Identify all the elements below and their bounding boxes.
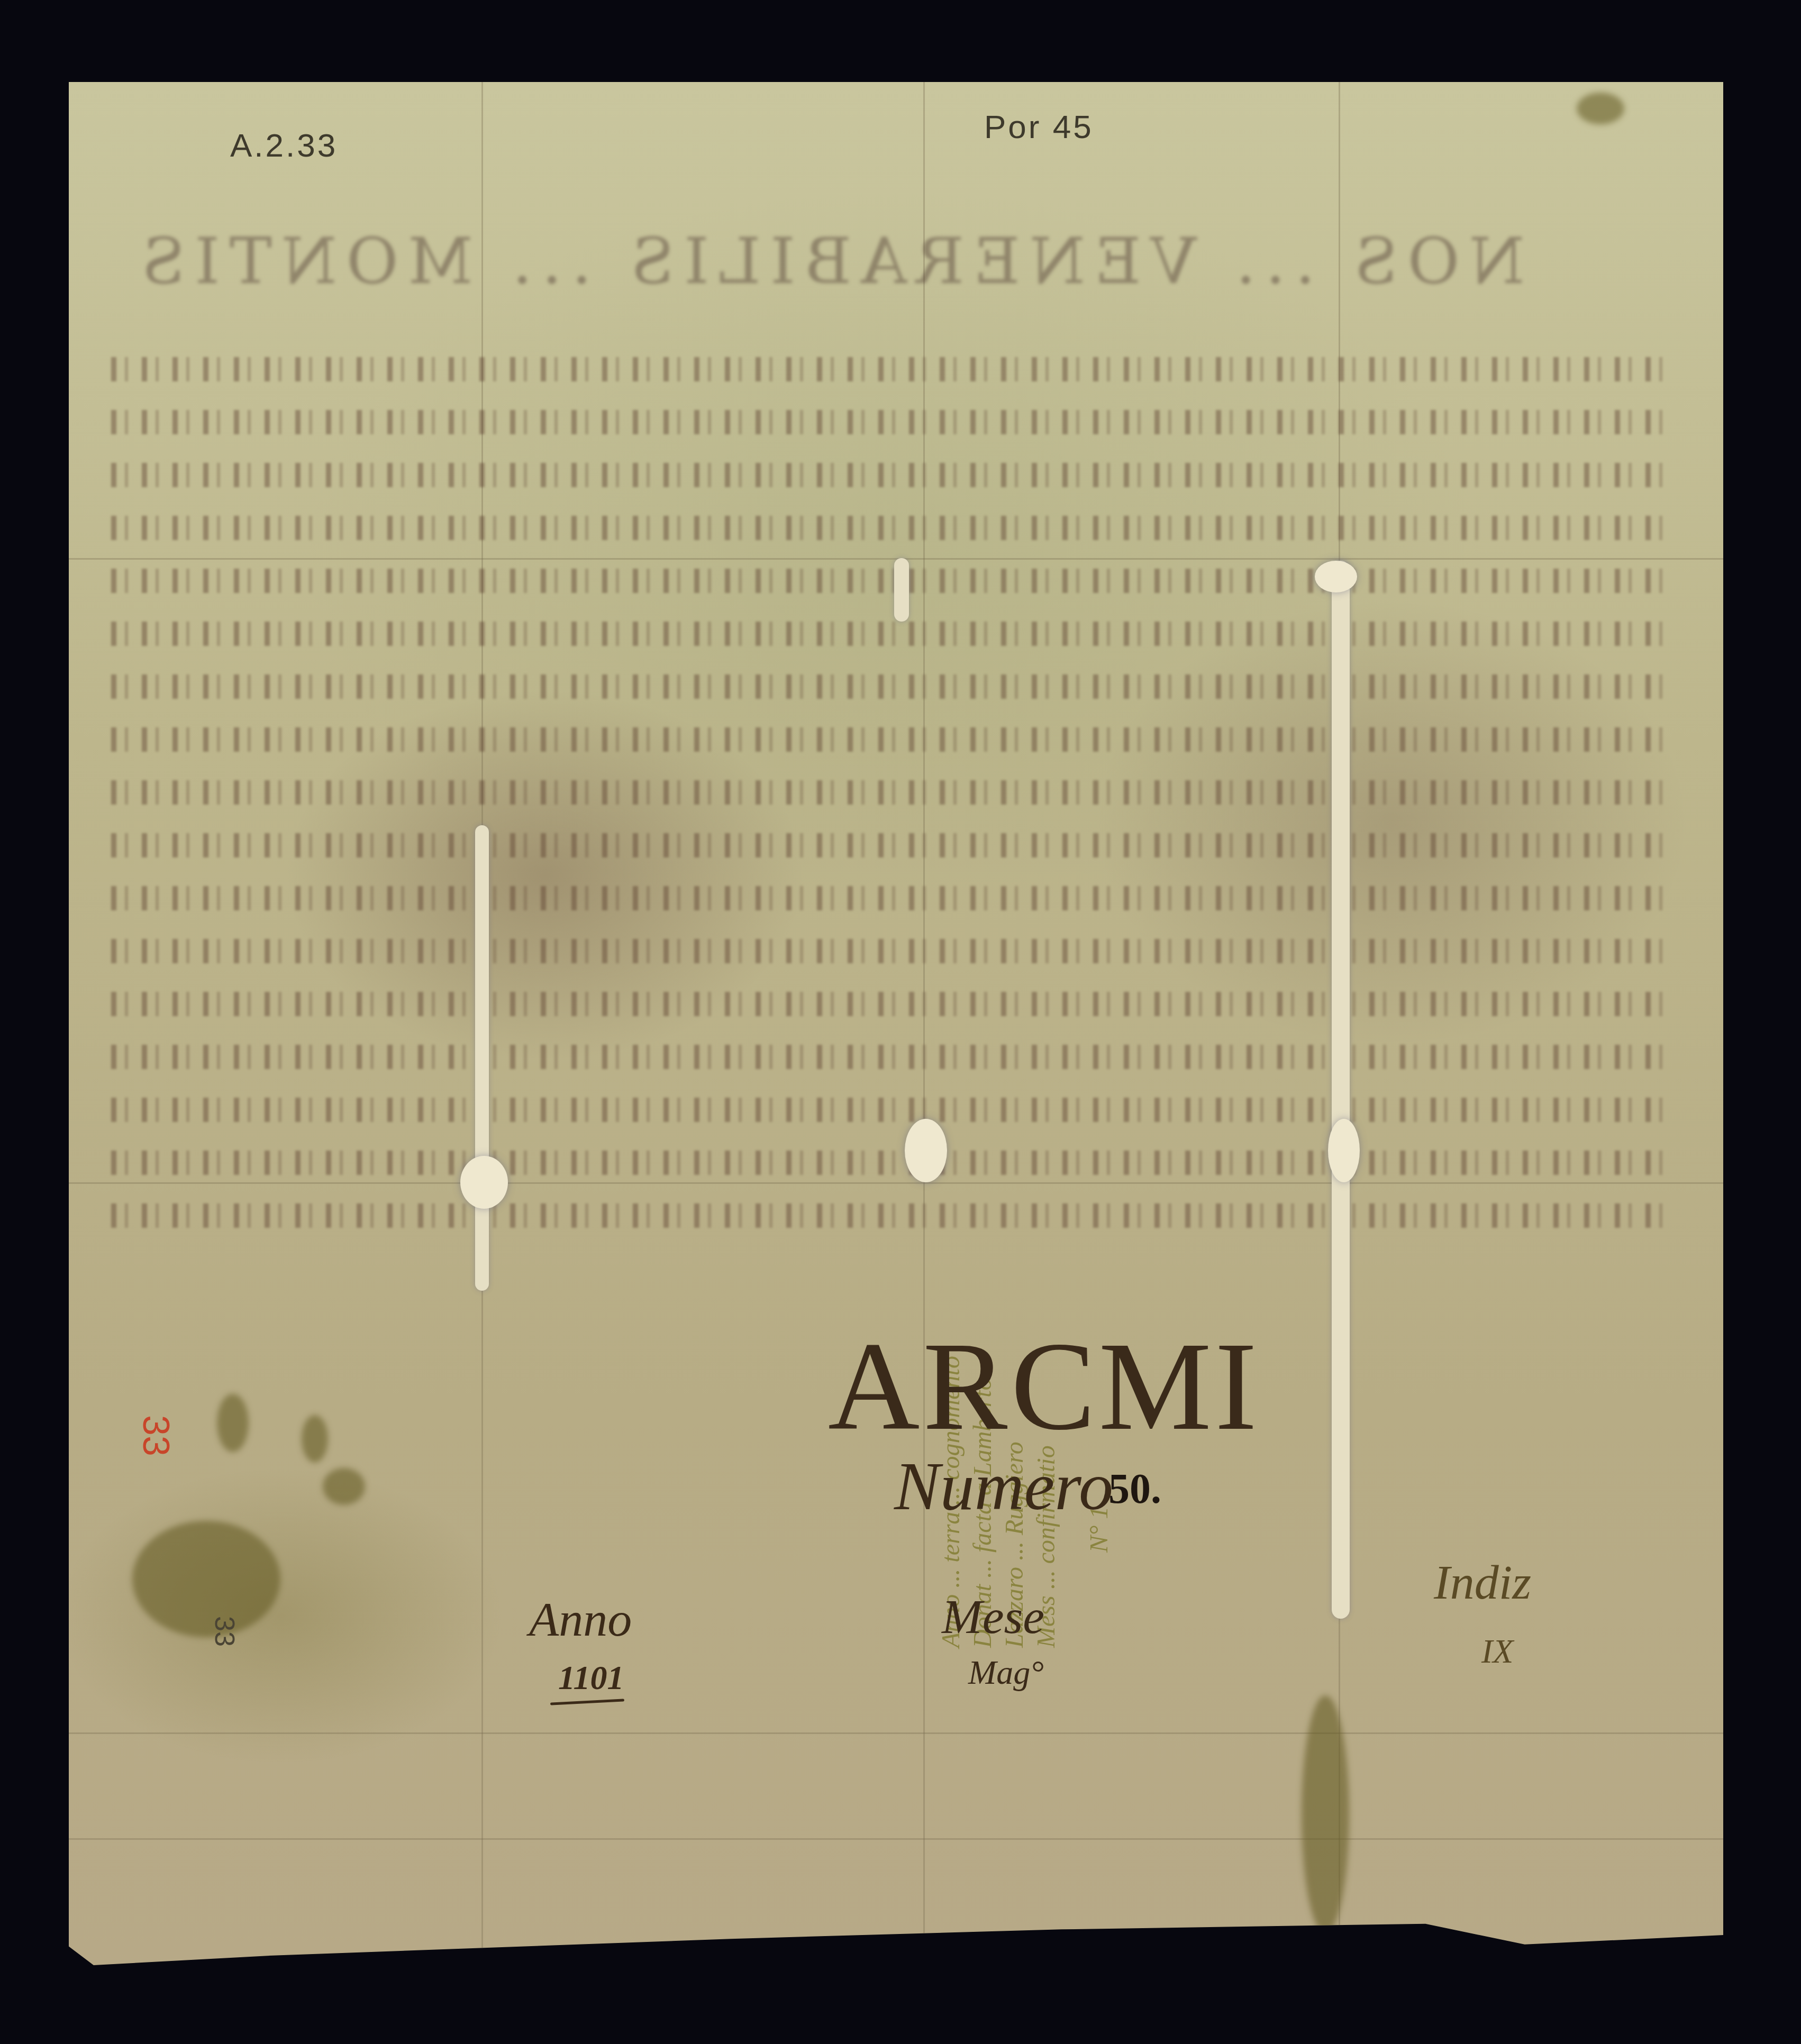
indiz-value: IX	[1481, 1635, 1513, 1668]
repair-strip-left	[475, 825, 489, 1291]
stain	[1302, 1695, 1349, 1933]
bleed-through-line	[111, 1045, 1672, 1069]
anno-value: 1101	[558, 1661, 624, 1695]
pencil-number-annotation: 33	[211, 1616, 238, 1647]
shelfmark-top-center: Por 45	[984, 111, 1094, 144]
mese-label: Mese	[942, 1592, 1044, 1641]
bleed-through-line	[111, 357, 1672, 381]
repair-patch	[460, 1156, 508, 1209]
shelfmark-top-left: A.2.33	[230, 130, 338, 162]
stain	[302, 1415, 328, 1463]
parchment-sheet: NOS ... VENERABILIS ... MONTIS	[69, 82, 1723, 1965]
repair-patch	[1328, 1119, 1360, 1182]
bleed-through-line	[111, 1203, 1672, 1228]
archive-title: ARCMI	[828, 1322, 1260, 1449]
fold-line	[69, 558, 1723, 560]
repair-strip-center	[894, 558, 909, 622]
stain	[217, 1394, 249, 1452]
bleed-through-line	[111, 939, 1672, 963]
anno-label: Anno	[529, 1595, 632, 1644]
bleed-through-heading: NOS ... VENERABILIS ... MONTIS	[132, 225, 1525, 298]
document-photo: NOS ... VENERABILIS ... MONTIS	[0, 0, 1801, 2044]
bleed-through-line	[111, 516, 1672, 540]
bleed-through-line	[111, 833, 1672, 857]
bleed-through-line	[111, 463, 1672, 487]
fold-line	[69, 1838, 1723, 1840]
bleed-through-line	[111, 727, 1672, 752]
bleed-through-line	[111, 1098, 1672, 1122]
bleed-through-line	[111, 674, 1672, 699]
red-number-annotation: 33	[138, 1415, 175, 1456]
repair-strip-right	[1332, 561, 1350, 1619]
bleed-through-line	[111, 1151, 1672, 1175]
bleed-through-line	[111, 622, 1672, 646]
indiz-label: Indiz	[1434, 1558, 1531, 1607]
bleed-through-line	[111, 410, 1672, 434]
repair-patch	[1315, 561, 1357, 592]
numero-label: Numero	[894, 1452, 1113, 1521]
stain	[323, 1468, 365, 1505]
mese-value: Mag°	[968, 1656, 1044, 1690]
fold-line	[69, 1182, 1723, 1184]
stain	[132, 1521, 280, 1637]
bleed-through-line	[111, 886, 1672, 910]
repair-patch	[905, 1119, 947, 1182]
numero-value: 50.	[1108, 1468, 1161, 1510]
bleed-through-line	[111, 992, 1672, 1016]
bleed-through-line	[111, 569, 1672, 593]
fold-line	[69, 1732, 1723, 1734]
bleed-through-line	[111, 780, 1672, 805]
anno-underline	[550, 1699, 624, 1705]
stain	[1577, 93, 1624, 124]
